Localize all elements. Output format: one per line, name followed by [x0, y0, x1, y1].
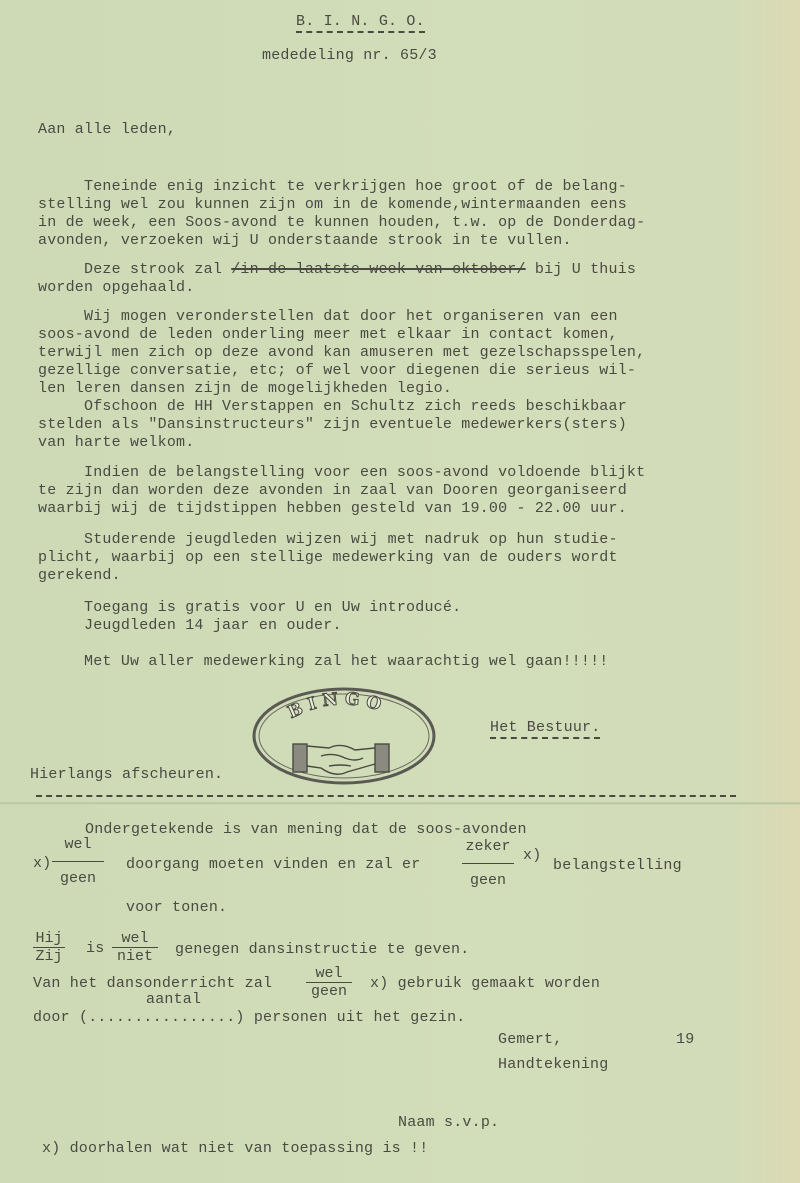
form-line-1: doorgang moeten vinden en zal er [126, 855, 420, 874]
paragraph-3-line: stelden als "Dansinstructeurs" zijn even… [38, 415, 627, 434]
choice-wel-geen-2[interactable]: wel geen [306, 965, 352, 1000]
x-mark: x) [523, 846, 541, 865]
tear-line[interactable] [36, 795, 736, 797]
form-is: is [86, 939, 104, 958]
closing-line: Met Uw aller medewerking zal het waarach… [38, 652, 609, 671]
paragraph-1-line: stelling wel zou kunnen zijn om in de ko… [38, 195, 627, 214]
form-line-1-cont: voor tonen. [126, 898, 227, 917]
form-line-2: genegen dansinstructie te geven. [175, 940, 469, 959]
paragraph-4-line: te zijn dan worden deze avonden in zaal … [38, 481, 627, 500]
choice-wel-geen-1[interactable]: wel geen [52, 836, 104, 887]
paragraph-6-line: Toegang is gratis voor U en Uw introducé… [38, 598, 461, 617]
footnote: x) doorhalen wat niet van toepassing is … [42, 1139, 428, 1158]
x-mark: x) [33, 854, 51, 873]
paragraph-4-line: Indien de belangstelling voor een soos-a… [38, 463, 645, 482]
paragraph-5-line: plicht, waarbij op een stellige medewerk… [38, 548, 618, 567]
paragraph-3-line: terwijl men zich op deze avond kan amuse… [38, 343, 645, 362]
paragraph-6-line: Jeugdleden 14 jaar en ouder. [38, 616, 342, 635]
paragraph-5-line: gerekend. [38, 566, 121, 585]
paragraph-3-line: Ofschoon de HH Verstappen en Schultz zic… [38, 397, 627, 416]
name-field[interactable]: Naam s.v.p. [398, 1113, 499, 1132]
year-label: 19 [676, 1030, 694, 1049]
paragraph-3-line: Wij mogen veronderstellen dat door het o… [38, 307, 618, 326]
document-subtitle: mededeling nr. 65/3 [262, 46, 437, 65]
struck-text: /in de laatste week van oktober/ [231, 261, 525, 278]
handshake-icon [293, 744, 389, 774]
signature-board: Het Bestuur. [490, 718, 600, 737]
form-line-1-end: belangstelling [553, 856, 682, 875]
paragraph-3-line: len leren dansen zijn de mogelijkheden l… [38, 379, 452, 398]
paragraph-3-line: gezellige conversatie, etc; of wel voor … [38, 361, 636, 380]
paragraph-4-line: waarbij wij de tijdstippen hebben gestel… [38, 499, 627, 518]
paragraph-2-line: Deze strook zal /in de laatste week van … [38, 260, 636, 279]
bingo-stamp: BINGO [251, 686, 437, 786]
paragraph-2-line: worden opgehaald. [38, 278, 194, 297]
paragraph-3-line: soos-avond de leden onderling meer met e… [38, 325, 618, 344]
place-label: Gemert, [498, 1030, 562, 1049]
form-intro: Ondergetekende is van mening dat de soos… [85, 820, 527, 839]
paragraph-1-line: in de week, een Soos-avond te kunnen hou… [38, 213, 645, 232]
paper-fold [0, 802, 800, 805]
aantal-label: aantal [146, 990, 201, 1009]
greeting: Aan alle leden, [38, 120, 176, 139]
tear-label: Hierlangs afscheuren. [30, 765, 223, 784]
choice-wel-niet[interactable]: wel niet [112, 930, 158, 965]
paragraph-1-line: avonden, verzoeken wij U onderstaande st… [38, 231, 572, 250]
paragraph-1-line: Teneinde enig inzicht te verkrijgen hoe … [38, 177, 627, 196]
choice-hij-zij[interactable]: Hij Zij [33, 930, 65, 965]
document-title: B. I. N. G. O. [296, 12, 425, 31]
form-line-3-end: x) gebruik gemaakt worden [370, 974, 600, 993]
signature-field[interactable]: Handtekening [498, 1055, 608, 1074]
persons-count-field[interactable]: door (................) personen uit het… [33, 1008, 465, 1027]
paragraph-3-line: van harte welkom. [38, 433, 194, 452]
paragraph-5-line: Studerende jeugdleden wijzen wij met nad… [38, 530, 618, 549]
choice-zeker-geen[interactable]: zeker geen [462, 838, 514, 889]
